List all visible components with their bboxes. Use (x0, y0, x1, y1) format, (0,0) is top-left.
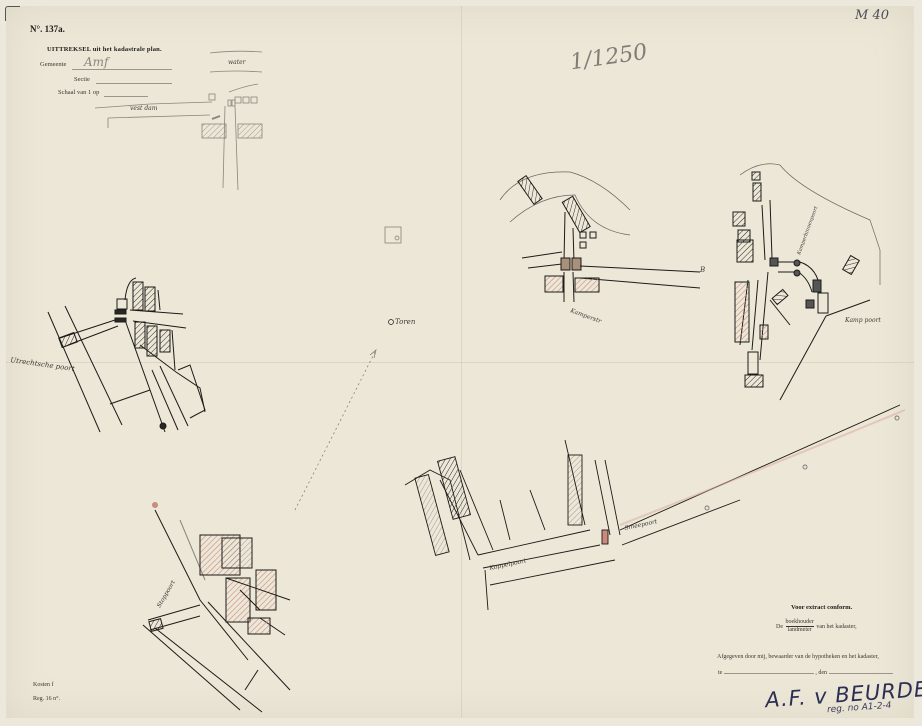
svg-text:Kamperstr: Kamperstr (568, 307, 603, 325)
cadastral-sketches: water vest dam (0, 0, 922, 726)
certification-title: Voor extract conform. (791, 604, 852, 611)
certification-officer: De boekhouder landmeter van het kadaster… (776, 619, 857, 634)
sketch-bottom-middle: Koppelpoort Smeepoort (405, 405, 905, 610)
fraction-bottom: landmeter (786, 627, 814, 634)
certification-prefix: De (776, 624, 783, 630)
svg-text:Koppelpoort: Koppelpoort (488, 557, 528, 572)
sketch-center: Toren (295, 227, 416, 510)
costs-label: Kosten f (33, 682, 54, 688)
place-prefix: te (718, 670, 722, 676)
svg-text:Toren: Toren (395, 318, 416, 326)
officer-fraction: boekhouder landmeter (786, 619, 814, 634)
svg-text:Stoppoort: Stoppoort (156, 579, 178, 609)
register-label: Reg. 16 n°. (33, 696, 60, 702)
svg-text:vest dam: vest dam (130, 105, 158, 112)
sketch-left: Utrechtsche poort (10, 278, 205, 432)
svg-text:Utrechtsche poort: Utrechtsche poort (10, 356, 76, 373)
sketch-bottom-left: Stoppoort (143, 502, 290, 712)
svg-text:B: B (699, 266, 705, 274)
sketch-top-middle: Kamperstr B (500, 172, 705, 325)
sketch-top-left: water vest dam (95, 51, 262, 190)
place-date-line: te , den (718, 670, 893, 676)
svg-text:Kamperbinnenpoort: Kamperbinnenpoort (796, 205, 820, 257)
issued-by-text: Afgegeven door mij, bewaarder van de hyp… (717, 654, 879, 660)
sketch-top-right: Kamp poort Kamperbinnenpoort (733, 164, 881, 400)
svg-text:Kamp poort: Kamp poort (844, 317, 881, 324)
fraction-top: boekhouder (786, 619, 814, 627)
certification-suffix: van het kadaster, (816, 624, 856, 630)
date-prefix: , den (815, 670, 827, 676)
svg-text:water: water (228, 59, 247, 66)
